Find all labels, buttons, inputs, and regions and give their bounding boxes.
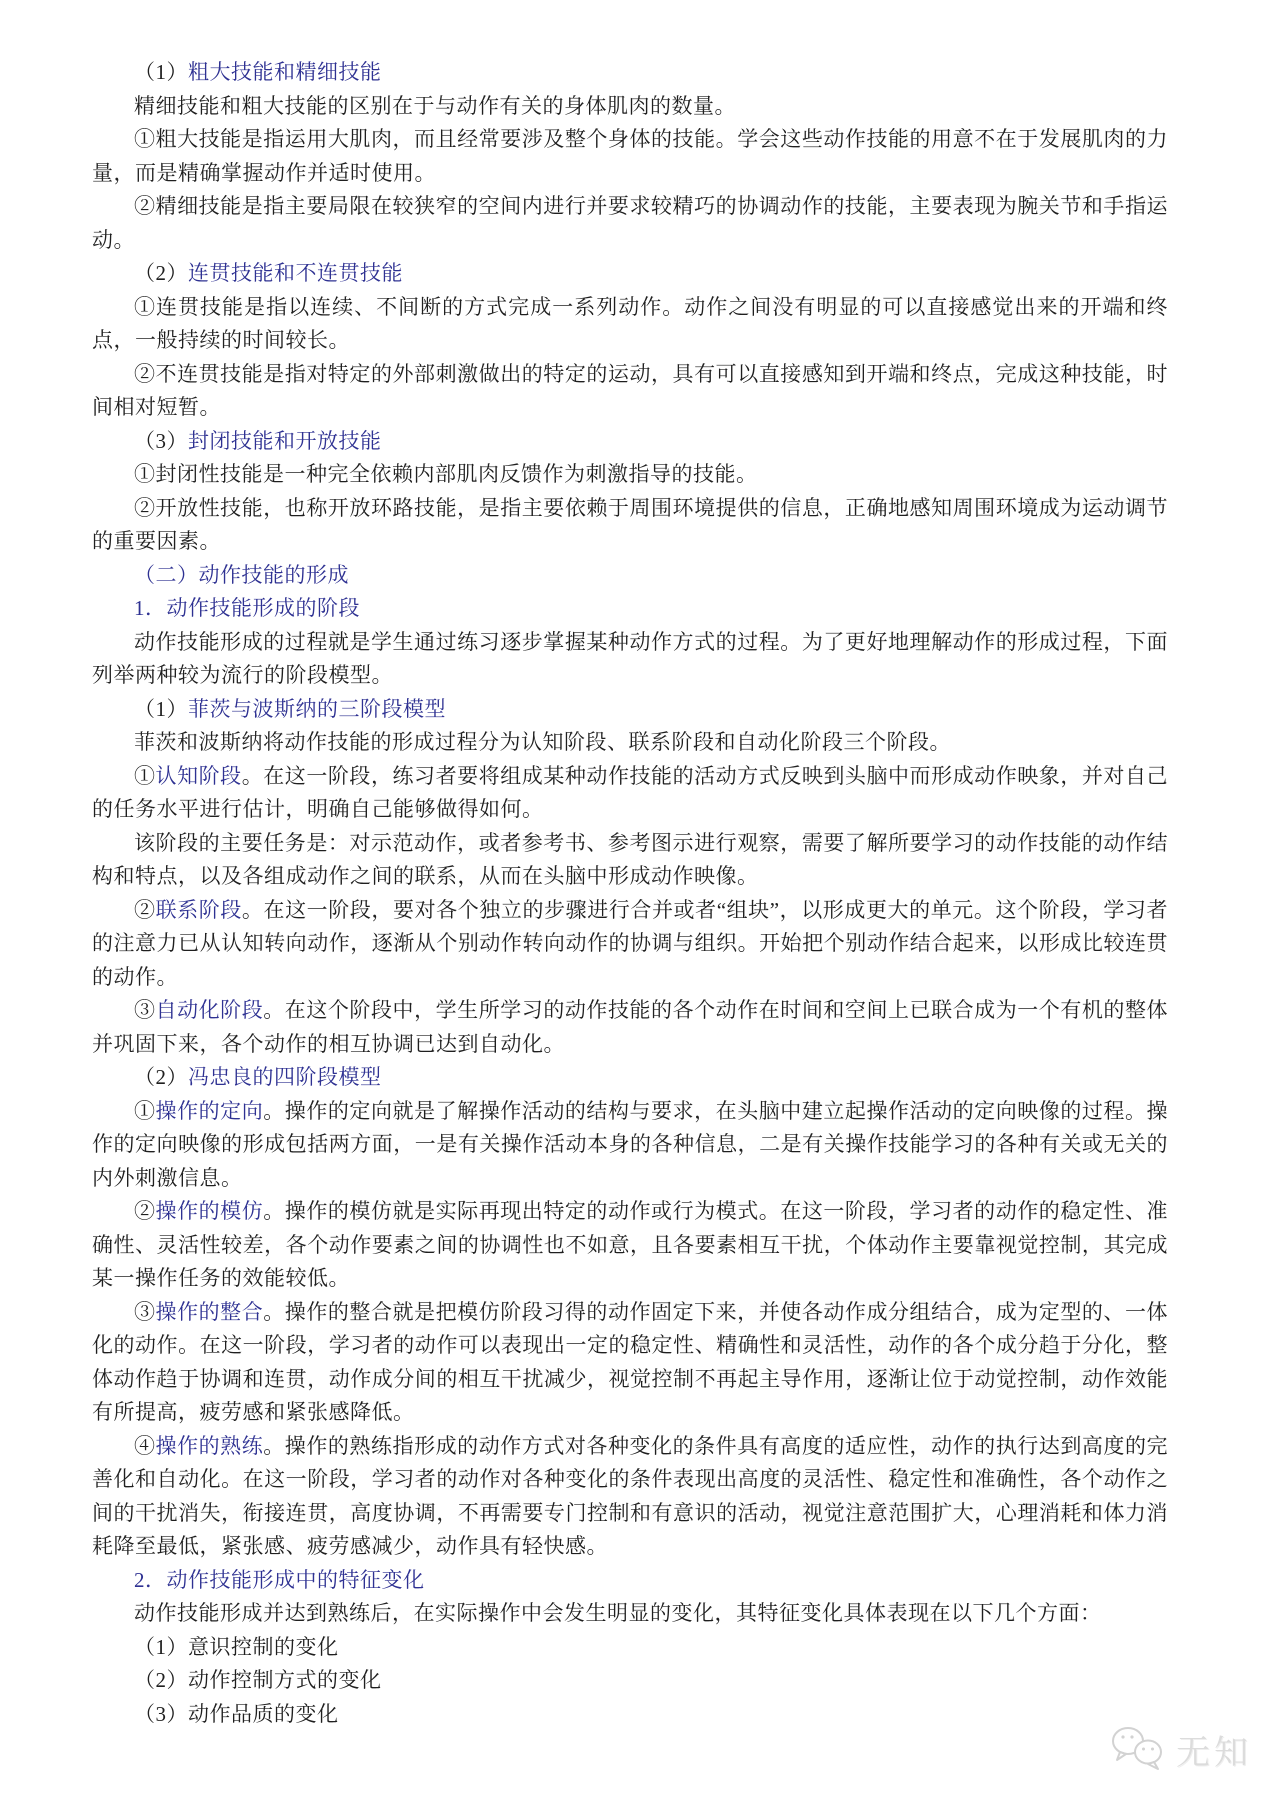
text-run: ①连贯技能是指以连续、不间断的方式完成一系列动作。动作之间没有明显的可以直接感觉…	[92, 295, 1168, 353]
paragraph: ③自动化阶段。在这个阶段中，学生所学习的动作技能的各个动作在时间和空间上已联合成…	[92, 994, 1168, 1061]
highlighted-term: 粗大技能和精细技能	[188, 60, 382, 84]
watermark-label: 无知	[1176, 1725, 1252, 1774]
text-run: 菲茨和波斯纳将动作技能的形成过程分为认知阶段、联系阶段和自动化阶段三个阶段。	[134, 730, 951, 754]
watermark: 无知	[1110, 1724, 1252, 1774]
text-run: ①粗大技能是指运用大肌肉，而且经常要涉及整个身体的技能。学会这些动作技能的用意不…	[92, 127, 1168, 185]
paragraph: ②不连贯技能是指对特定的外部刺激做出的特定的运动，具有可以直接感知到开端和终点，…	[92, 358, 1168, 425]
list-item: （1）意识控制的变化	[92, 1631, 1168, 1665]
list-item: （2）动作控制方式的变化	[92, 1664, 1168, 1698]
paragraph: 菲茨和波斯纳将动作技能的形成过程分为认知阶段、联系阶段和自动化阶段三个阶段。	[92, 726, 1168, 760]
paragraph: 精细技能和粗大技能的区别在于与动作有关的身体肌肉的数量。	[92, 90, 1168, 124]
paragraph: ①粗大技能是指运用大肌肉，而且经常要涉及整个身体的技能。学会这些动作技能的用意不…	[92, 123, 1168, 190]
highlighted-term: 菲茨与波斯纳的三阶段模型	[188, 697, 446, 721]
highlighted-term: 封闭技能和开放技能	[188, 429, 382, 453]
text-run: （2）	[134, 1065, 188, 1089]
text-run: 。在这一阶段，要对各个独立的步骤进行合并或者“组块”，以形成更大的单元。这个阶段…	[92, 898, 1168, 989]
text-run: ②	[134, 1199, 156, 1223]
highlighted-term: 认知阶段	[156, 764, 242, 788]
section-heading: （1）粗大技能和精细技能	[92, 56, 1168, 90]
text-run: （3）	[134, 429, 188, 453]
text-run: （2）	[134, 261, 188, 285]
highlighted-term: 操作的整合	[156, 1300, 264, 1324]
highlighted-term: 连贯技能和不连贯技能	[188, 261, 403, 285]
text-run: ④	[134, 1434, 156, 1458]
section-heading: （2）冯忠良的四阶段模型	[92, 1061, 1168, 1095]
paragraph: ①连贯技能是指以连续、不间断的方式完成一系列动作。动作之间没有明显的可以直接感觉…	[92, 291, 1168, 358]
text-run: 精细技能和粗大技能的区别在于与动作有关的身体肌肉的数量。	[134, 94, 736, 118]
paragraph: ④操作的熟练。操作的熟练指形成的动作方式对各种变化的条件具有高度的适应性，动作的…	[92, 1430, 1168, 1564]
paragraph: ①认知阶段。在这一阶段，练习者要将组成某种动作技能的活动方式反映到头脑中而形成动…	[92, 760, 1168, 827]
paragraph: 动作技能形成的过程就是学生通过练习逐步掌握某种动作方式的过程。为了更好地理解动作…	[92, 626, 1168, 693]
text-run: ②精细技能是指主要局限在较狭窄的空间内进行并要求较精巧的协调动作的技能，主要表现…	[92, 194, 1168, 252]
section-heading: （3）封闭技能和开放技能	[92, 425, 1168, 459]
highlighted-term: 冯忠良的四阶段模型	[188, 1065, 382, 1089]
text-run: 该阶段的主要任务是：对示范动作，或者参考书、参考图示进行观察，需要了解所要学习的…	[92, 831, 1168, 889]
text-run: ①	[134, 1099, 156, 1123]
paragraph: ①封闭性技能是一种完全依赖内部肌肉反馈作为刺激指导的技能。	[92, 458, 1168, 492]
paragraph: ②操作的模仿。操作的模仿就是实际再现出特定的动作或行为模式。在这一阶段，学习者的…	[92, 1195, 1168, 1296]
text-run: （3）动作品质的变化	[134, 1702, 339, 1726]
document-page: （1）粗大技能和精细技能精细技能和粗大技能的区别在于与动作有关的身体肌肉的数量。…	[0, 0, 1280, 1811]
section-heading: （1）菲茨与波斯纳的三阶段模型	[92, 693, 1168, 727]
highlighted-term: 联系阶段	[156, 898, 242, 922]
paragraph: ①操作的定向。操作的定向就是了解操作活动的结构与要求，在头脑中建立起操作活动的定…	[92, 1095, 1168, 1196]
paragraph: ②精细技能是指主要局限在较狭窄的空间内进行并要求较精巧的协调动作的技能，主要表现…	[92, 190, 1168, 257]
section-heading: 2．动作技能形成中的特征变化	[92, 1564, 1168, 1598]
highlighted-term: 自动化阶段	[156, 998, 264, 1022]
section-heading: （二）动作技能的形成	[92, 559, 1168, 593]
text-run: ③	[134, 1300, 156, 1324]
highlighted-term: 1．动作技能形成的阶段	[134, 596, 360, 620]
paragraph: ②开放性技能，也称开放环路技能，是指主要依赖于周围环境提供的信息，正确地感知周围…	[92, 492, 1168, 559]
section-heading: （2）连贯技能和不连贯技能	[92, 257, 1168, 291]
highlighted-term: （二）动作技能的形成	[134, 563, 349, 587]
highlighted-term: 操作的熟练	[156, 1434, 264, 1458]
text-run: （1）	[134, 697, 188, 721]
paragraph: 动作技能形成并达到熟练后，在实际操作中会发生明显的变化，其特征变化具体表现在以下…	[92, 1597, 1168, 1631]
section-heading: 1．动作技能形成的阶段	[92, 592, 1168, 626]
highlighted-term: 操作的定向	[156, 1099, 264, 1123]
text-run: 。在这一阶段，练习者要将组成某种动作技能的活动方式反映到头脑中而形成动作映象，并…	[92, 764, 1168, 822]
text-run: （1）意识控制的变化	[134, 1635, 339, 1659]
text-run: 动作技能形成并达到熟练后，在实际操作中会发生明显的变化，其特征变化具体表现在以下…	[134, 1601, 1102, 1625]
text-run: ②不连贯技能是指对特定的外部刺激做出的特定的运动，具有可以直接感知到开端和终点，…	[92, 362, 1168, 420]
text-run: ①封闭性技能是一种完全依赖内部肌肉反馈作为刺激指导的技能。	[134, 462, 758, 486]
document-body: （1）粗大技能和精细技能精细技能和粗大技能的区别在于与动作有关的身体肌肉的数量。…	[92, 56, 1168, 1731]
highlighted-term: 操作的模仿	[156, 1199, 264, 1223]
text-run: ②	[134, 898, 156, 922]
text-run: （1）	[134, 60, 188, 84]
text-run: ①	[134, 764, 156, 788]
text-run: 动作技能形成的过程就是学生通过练习逐步掌握某种动作方式的过程。为了更好地理解动作…	[92, 630, 1168, 688]
list-item: （3）动作品质的变化	[92, 1698, 1168, 1732]
wechat-logo-icon	[1110, 1724, 1168, 1774]
paragraph: ②联系阶段。在这一阶段，要对各个独立的步骤进行合并或者“组块”，以形成更大的单元…	[92, 894, 1168, 995]
text-run: （2）动作控制方式的变化	[134, 1668, 382, 1692]
paragraph: 该阶段的主要任务是：对示范动作，或者参考书、参考图示进行观察，需要了解所要学习的…	[92, 827, 1168, 894]
highlighted-term: 2．动作技能形成中的特征变化	[134, 1568, 425, 1592]
paragraph: ③操作的整合。操作的整合就是把模仿阶段习得的动作固定下来，并使各动作成分组结合，…	[92, 1296, 1168, 1430]
text-run: ③	[134, 998, 156, 1022]
text-run: ②开放性技能，也称开放环路技能，是指主要依赖于周围环境提供的信息，正确地感知周围…	[92, 496, 1168, 554]
